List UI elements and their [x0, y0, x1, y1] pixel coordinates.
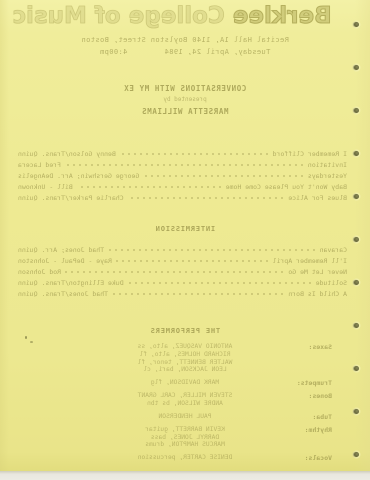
performer-group: Vocals: DENISE CARTER, percussion	[0, 454, 370, 462]
piece-credit: Fred Lacera	[18, 161, 61, 169]
piece-title: Never Let Me Go	[288, 268, 347, 276]
dot-leader	[65, 160, 304, 167]
program-list-first-half: I Remember Clifford Benny Golson/Trans. …	[18, 149, 347, 204]
dot-leader	[143, 171, 304, 178]
performer-name-line: KEVIN BARRETT, guitar	[95, 426, 275, 434]
scan-speck	[30, 341, 33, 343]
piece-credit: Thad Jones/Trans. Quinn	[18, 290, 108, 298]
dot-leader	[116, 256, 269, 263]
program-item: Invitation Fred Lacera	[18, 160, 347, 171]
instrument-section-label: Vocals:	[305, 454, 332, 462]
bleed-through-content: Berklee College of Music Recital Hall 1A…	[0, 0, 370, 471]
performers-heading: THE PERFORMERS	[0, 327, 370, 335]
piece-credit: George Gershwin; Arr. DeAngelis	[18, 172, 139, 180]
instrument-section-label: Rhythm:	[305, 426, 332, 434]
punch-hole	[354, 323, 359, 328]
punch-hole	[354, 280, 359, 285]
instrument-section-label: Trumpets:	[297, 379, 332, 387]
dot-leader	[120, 149, 269, 156]
performer-name-line: PAUL HENDERSON	[95, 413, 275, 421]
performer-group: Bones: STEVEN MILLER, CARL GRANTANDRE WI…	[0, 392, 370, 408]
punch-hole	[354, 22, 359, 27]
performer-name-line: DENISE CARTER, percussion	[95, 454, 275, 462]
performer-names: STEVEN MILLER, CARL GRANTANDRE WILSON, b…	[95, 392, 275, 408]
piece-credit: Benny Golson/Trans. Quinn	[18, 150, 116, 158]
punch-hole	[354, 108, 359, 113]
performer-name-line: MARK DAVIDSON, flg	[95, 379, 275, 387]
performer-group: Tuba: PAUL HENDERSON	[0, 413, 370, 421]
piece-credit: Bill - Unknown	[18, 183, 73, 191]
scanner-bed-strip	[0, 471, 370, 480]
punch-hole	[354, 237, 359, 242]
performers-list: Saxes: ANTONIO VASQUEZ, alto, ssRICHARD …	[0, 343, 370, 467]
punch-hole	[354, 452, 359, 457]
program-item: Never Let Me Go Rod Johnson	[18, 267, 347, 278]
piece-title: Caravan	[320, 246, 347, 254]
piece-title: Solitude	[316, 279, 347, 287]
performer-name-line: RICHARD HOLMES, alto, fl	[95, 351, 275, 359]
piece-credit: Rod Johnson	[18, 268, 61, 276]
performer-name-line: DARRYL JONES, bass	[95, 434, 275, 442]
punch-hole	[354, 151, 359, 156]
piece-title: I'll Remember April	[273, 257, 347, 265]
masthead-logo: Berklee College of Music	[0, 3, 357, 29]
piece-title: Baby Won't You Please Come Home	[226, 183, 347, 191]
piece-title: A Child Is Born	[288, 290, 347, 298]
piece-title: Yesterdays	[308, 172, 347, 180]
dot-leader	[65, 267, 284, 274]
punch-hole	[354, 194, 359, 199]
performer-names: DENISE CARTER, percussion	[95, 454, 275, 462]
performer-names: MARK DAVIDSON, flg	[95, 379, 275, 387]
instrument-section-label: Bones:	[309, 392, 332, 400]
performer-names: KEVIN BARRETT, guitarDARRYL JONES, bassM…	[95, 426, 275, 449]
performer-group: Rhythm: KEVIN BARRETT, guitarDARRYL JONE…	[0, 426, 370, 449]
performer-group: Trumpets: MARK DAVIDSON, flg	[0, 379, 370, 387]
scan-speck	[25, 336, 27, 339]
piece-title: Invitation	[308, 161, 347, 169]
dot-leader	[112, 289, 284, 296]
dot-leader	[108, 245, 316, 252]
punch-hole	[354, 409, 359, 414]
punch-hole	[354, 65, 359, 70]
piece-credit: Raye - DePaul - Johnston	[18, 257, 112, 265]
performer-name-line: ANDRE WILSON, bs tbn	[95, 400, 275, 408]
piece-title: I Remember Clifford	[273, 150, 347, 158]
scanned-page: Berklee College of Music Recital Hall 1A…	[0, 0, 370, 471]
performer-name-line: ANTONIO VASQUEZ, alto, ss	[95, 343, 275, 351]
performer-group: Saxes: ANTONIO VASQUEZ, alto, ssRICHARD …	[0, 343, 370, 374]
instrument-section-label: Saxes:	[309, 343, 332, 351]
masthead-word-berklee: Berklee	[233, 3, 332, 29]
performer-name-line: WALTER BENNETT, tenor, fl	[95, 359, 275, 367]
dot-leader	[128, 193, 285, 200]
performer-names: ANTONIO VASQUEZ, alto, ssRICHARD HOLMES,…	[95, 343, 275, 374]
performer-name-line: MARCUS HAMPTON, drums	[95, 441, 275, 449]
piece-credit: Duke Ellington/Trans. Quinn	[18, 279, 124, 287]
date-time-line: Tuesday, April 24, 1984 4:00pm	[0, 48, 370, 56]
program-item: Caravan Thad Jones; Arr. Quinn	[18, 245, 347, 256]
concert-title: CONVERSATIONS WITH MY EX	[0, 84, 370, 93]
performer-names: PAUL HENDERSON	[95, 413, 275, 421]
program-list-second-half: Caravan Thad Jones; Arr. Quinn I'll Reme…	[18, 245, 347, 300]
piece-credit: Charlie Parker/Trans. Quinn	[18, 194, 124, 202]
dot-leader	[128, 278, 312, 285]
program-item: I Remember Clifford Benny Golson/Trans. …	[18, 149, 347, 160]
instrument-section-label: Tuba:	[312, 413, 332, 421]
presented-by-label: presented by	[0, 96, 370, 103]
dot-leader	[77, 182, 222, 189]
masthead-word-college-of-music: College of Music	[12, 3, 232, 29]
performer-name-line: LEON JACKSON, bari, cl	[95, 366, 275, 374]
venue-address-line: Recital Hall 1A, 1140 Boylston Street, B…	[0, 36, 370, 44]
intermission-heading: INTERMISSION	[0, 225, 370, 233]
program-item: I'll Remember April Raye - DePaul - John…	[18, 256, 347, 267]
scan-frame: Berklee College of Music Recital Hall 1A…	[0, 0, 370, 480]
program-item: Solitude Duke Ellington/Trans. Quinn	[18, 278, 347, 289]
performer-name-line: STEVEN MILLER, CARL GRANT	[95, 392, 275, 400]
presenter-name: MARSETTA WILLIAMS	[0, 107, 370, 116]
program-item: Blues For Alice Charlie Parker/Trans. Qu…	[18, 193, 347, 204]
program-item: A Child Is Born Thad Jones/Trans. Quinn	[18, 289, 347, 300]
program-item: Yesterdays George Gershwin; Arr. DeAngel…	[18, 171, 347, 182]
piece-credit: Thad Jones; Arr. Quinn	[18, 246, 104, 254]
piece-title: Blues For Alice	[288, 194, 347, 202]
program-item: Baby Won't You Please Come Home Bill - U…	[18, 182, 347, 193]
punch-hole	[354, 366, 359, 371]
